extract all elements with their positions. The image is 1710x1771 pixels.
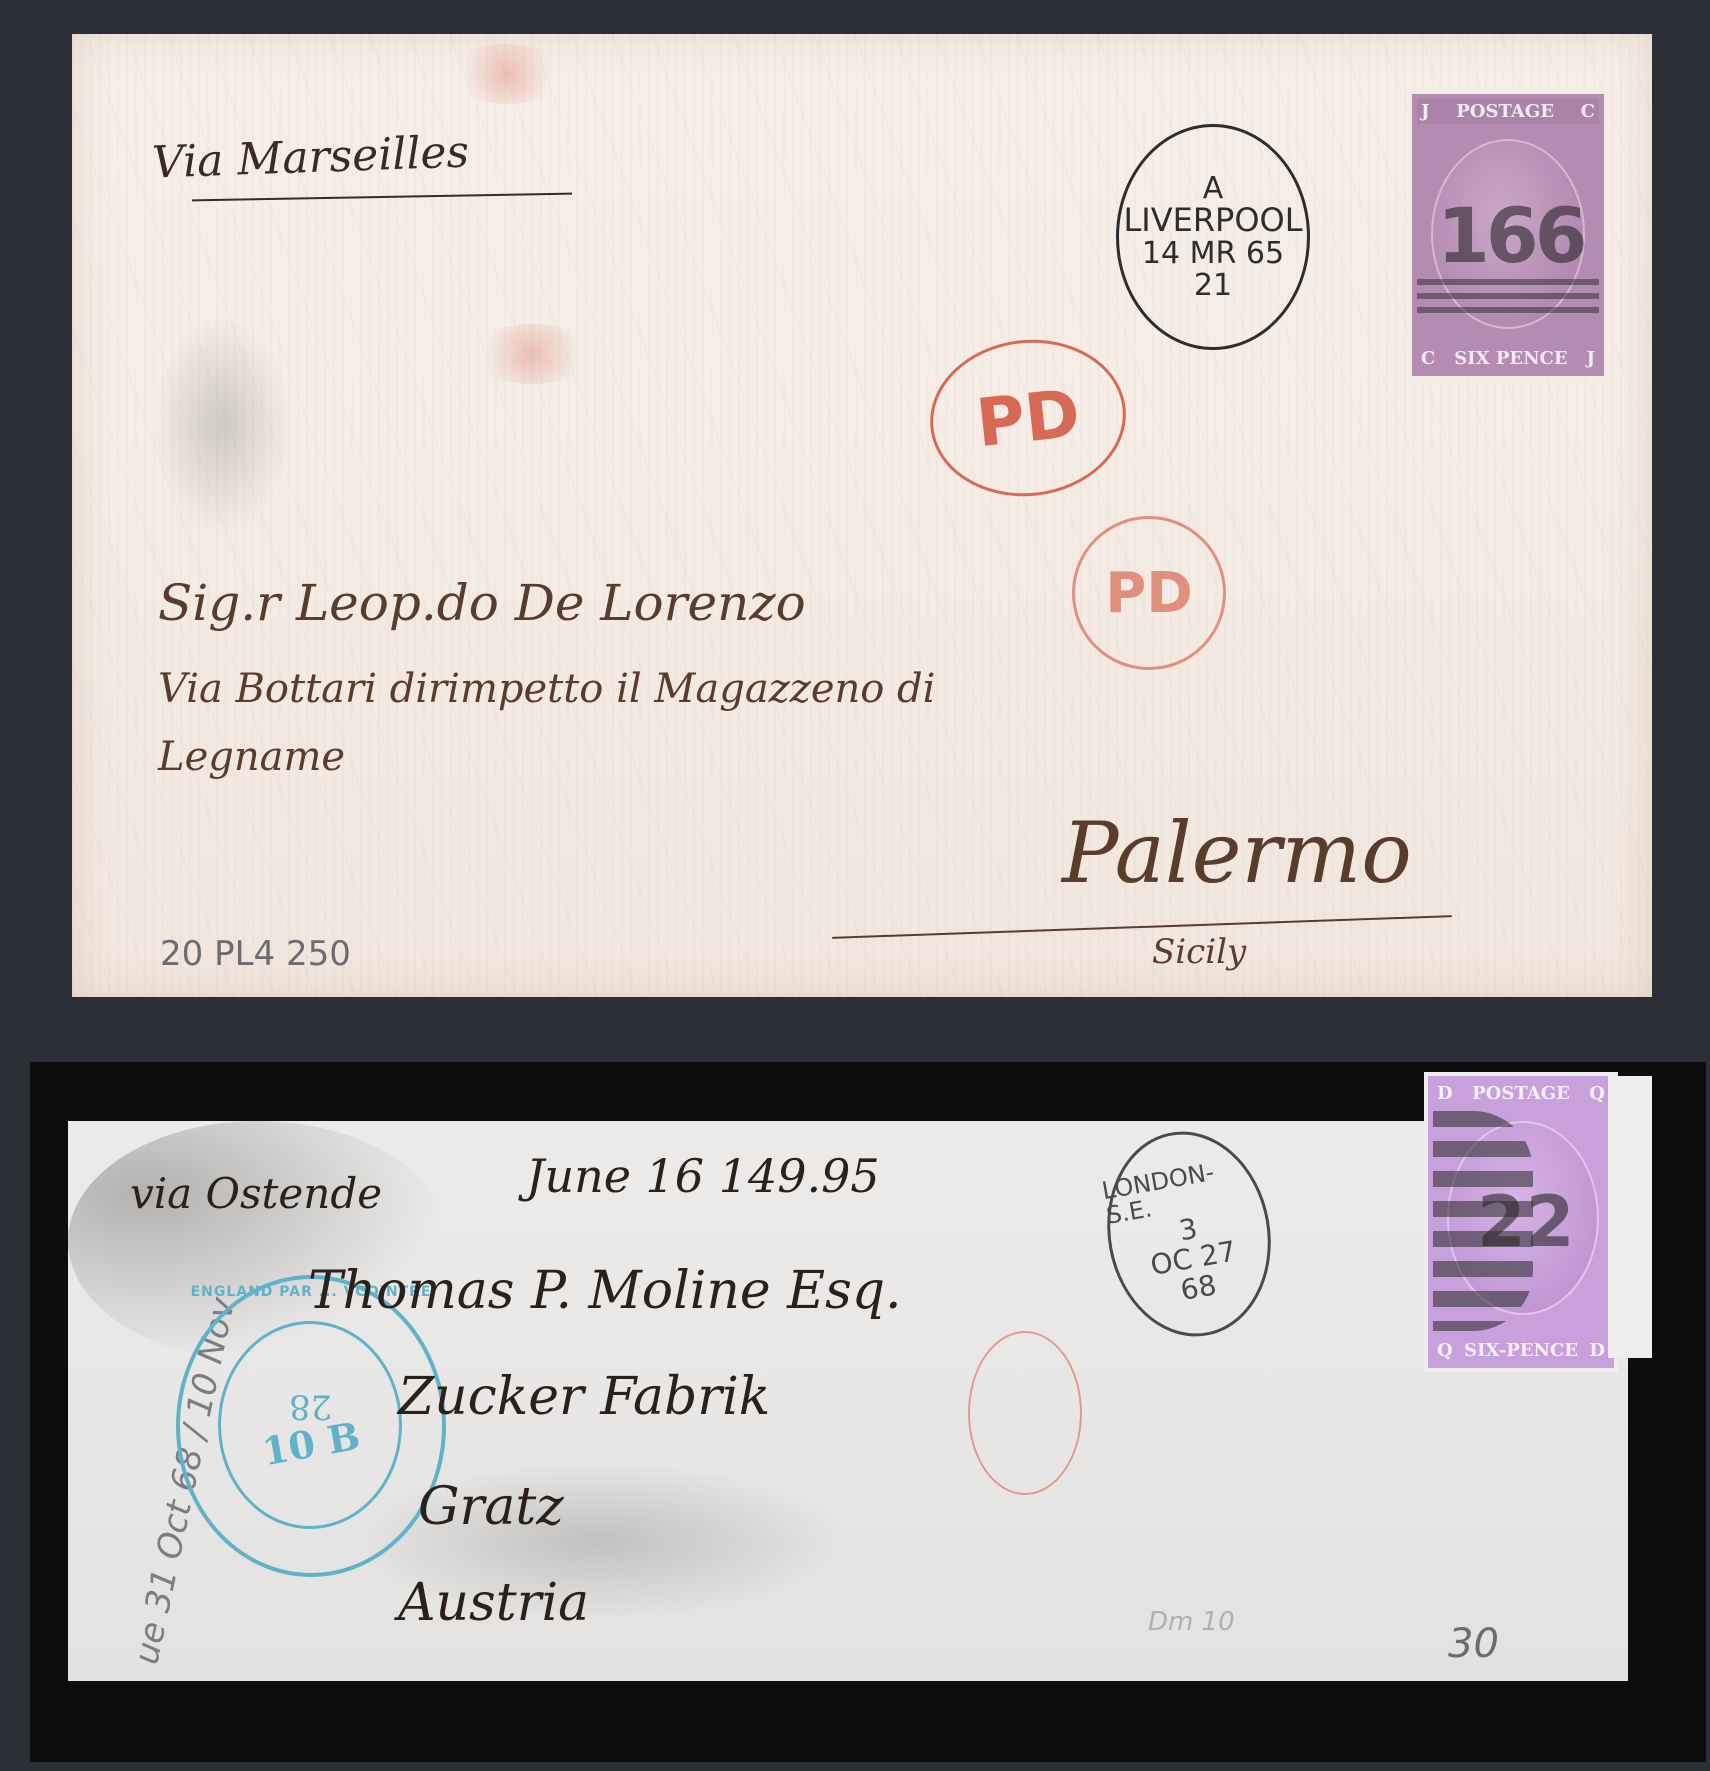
six-pence-stamp: 166 J POSTAGE C C SIX PENCE J	[1412, 94, 1604, 376]
stamp-top-label: POSTAGE	[1456, 101, 1554, 122]
corner-letter: Q	[1437, 1340, 1453, 1361]
postmark-line: A	[1203, 173, 1224, 205]
address-line: Zucker Fabrik	[398, 1367, 770, 1427]
docket-note: June 16 149.95	[526, 1149, 880, 1203]
cover-mourning-envelope: via Ostende June 16 149.95 ue 31 Oct 68 …	[30, 1062, 1706, 1762]
corner-letter: D	[1589, 1340, 1605, 1361]
addressee-name: Sig.r Leop.do De Lorenzo	[158, 574, 806, 632]
red-ink-smudge	[452, 44, 562, 104]
bar-cancel	[1428, 1111, 1533, 1331]
city-underline	[832, 915, 1452, 939]
corner-letter: D	[1437, 1083, 1453, 1104]
routing-instruction: via Ostende	[130, 1169, 382, 1218]
addressee-name: Thomas P. Moline Esq.	[308, 1261, 902, 1321]
six-pence-stamp: 22 D POSTAGE Q Q SIX-PENCE D	[1428, 1076, 1614, 1368]
destination-city: Palermo	[1062, 804, 1412, 902]
destination-region: Sicily	[1152, 932, 1246, 972]
address-line: Via Bottari dirimpetto il Magazzeno di	[158, 666, 935, 712]
liverpool-postmark: A LIVERPOOL 14 MR 65 21	[1116, 124, 1310, 350]
pencil-catalogue-note: 20 PL4 250	[160, 934, 351, 974]
postmark-line: 14 MR 65	[1142, 238, 1284, 270]
cover-entire-letter: Via Marseilles A LIVERPOOL 14 MR 65 21 1…	[72, 34, 1652, 997]
faint-pencil-note: Dm 10	[1148, 1607, 1235, 1637]
corner-letter: J	[1421, 101, 1430, 122]
address-line: Austria	[398, 1573, 589, 1633]
stamp-bottom-label: SIX-PENCE	[1464, 1340, 1578, 1361]
pencil-price-note: 30	[1448, 1621, 1499, 1667]
stamp-top-label: POSTAGE	[1472, 1083, 1570, 1104]
faint-red-handstamp	[968, 1331, 1082, 1495]
postmark-line: LIVERPOOL	[1123, 204, 1302, 238]
routing-instruction: Via Marseilles	[151, 126, 470, 188]
stamp-selvedge	[1608, 1076, 1652, 1358]
envelope-face: via Ostende June 16 149.95 ue 31 Oct 68 …	[68, 1121, 1628, 1681]
corner-letter: Q	[1589, 1083, 1605, 1104]
address-line: Legname	[158, 734, 345, 780]
pd-handstamp: PD	[1072, 516, 1226, 670]
postmark-line: 68	[1178, 1270, 1218, 1305]
routing-underline	[192, 193, 572, 202]
corner-letter: J	[1586, 348, 1595, 369]
address-line: Gratz	[418, 1477, 564, 1537]
london-postmark: LONDON-S.E. 3 OC 27 68	[1091, 1118, 1286, 1349]
stamp-bottom-label: SIX PENCE	[1454, 348, 1567, 369]
corner-letter: C	[1421, 348, 1435, 369]
postmark-line: 21	[1194, 270, 1232, 302]
pd-handstamp: PD	[922, 330, 1133, 506]
ink-offset-smudge	[152, 314, 292, 534]
corner-letter: C	[1581, 101, 1595, 122]
red-ink-smudge	[472, 324, 592, 384]
bar-cancel	[1412, 279, 1604, 319]
